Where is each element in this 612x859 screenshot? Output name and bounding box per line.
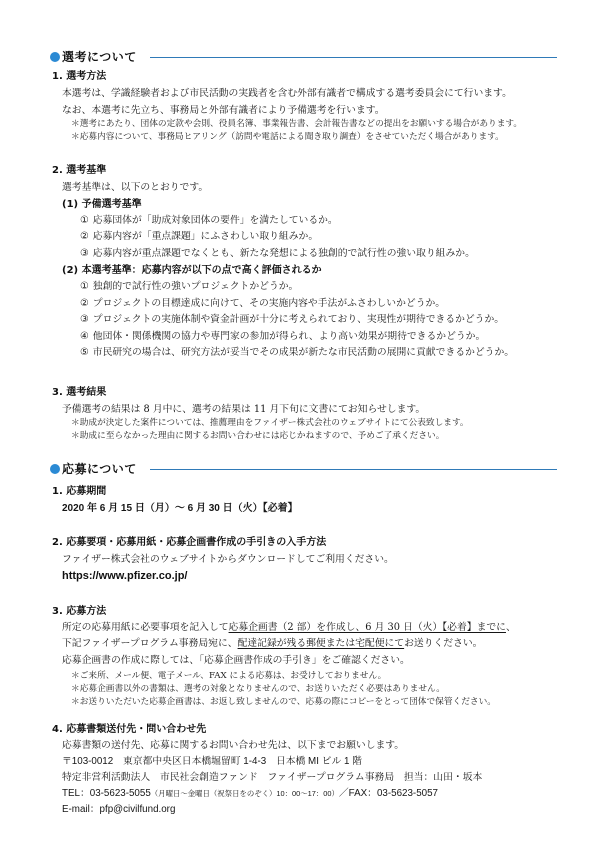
criteria-heading-main: (2) 本選考基準：応募内容が以下の点で高く評価されるか [62,262,612,279]
criteria-item: ①応募団体が「助成対象団体の要件」を満たしているか。 [80,213,612,230]
website-url[interactable]: https://www.pfizer.co.jp/ [62,570,188,582]
section-divider [150,469,557,470]
paragraph: 予備選考の結果は 8 月中に、選考の結果は 11 月下旬に文書にてお知らせします… [62,401,612,418]
text-segment: 下記ファイザープログラム事務局宛に、 [62,638,238,649]
contact-fax: ／FAX：03-5623-5057 [339,788,438,799]
text-segment: 、 [506,622,516,633]
item-number: ⑤ [80,347,89,358]
note: ＊お送りいただいた応募企画書は、お返し致しませんので、応募の際にコピーをとって団… [71,696,612,709]
paragraph: 選考基準は、以下のとおりです。 [62,179,612,196]
contact-tel: TEL：03-5623-5055 [62,788,151,799]
criteria-item: ②プロジェクトの目標達成に向けて、その実施内容や手法がふさわしいかどうか。 [80,296,612,313]
section-divider [150,57,557,58]
bullet-dot-icon [50,464,60,474]
paragraph: 所定の応募用紙に必要事項を記入して応募企画書（2 部）を作成し、6 月 30 日… [62,620,612,637]
underlined-text: 配達記録が残る郵便または宅配便にて [238,638,405,649]
criteria-item: ①独創的で試行性の強いプロジェクトかどうか。 [80,279,612,296]
subsection-heading-criteria: 2. 選考基準 [52,162,612,179]
contact-hours: （月曜日～金曜日（祝祭日をのぞく）10：00～17：00） [151,789,339,798]
item-number: ② [80,298,89,309]
text-segment: 応募企画書の作成に際しては、「応募企画書作成の手引き」をご確認ください。 [62,655,410,666]
item-number: ③ [80,314,89,325]
subsection-heading-application-method: 3. 応募方法 [52,603,612,620]
section-header-application: 応募について [50,461,557,477]
paragraph: ファイザー株式会社のウェブサイトからダウンロードしてご利用ください。 [62,551,612,568]
subsection-heading-materials: 2. 応募要項・応募用紙・応募企画書作成の手引きの入手方法 [52,534,612,551]
criteria-item: ③応募内容が重点課題でなくとも、新たな発想による独創的で試行性の強い取り組みか。 [80,246,612,263]
note: ＊応募企画書以外の書類は、選考の対象となりませんので、お送りいただく必要はありま… [71,683,612,696]
text-segment: 所定の応募用紙に必要事項を記入して [62,622,229,633]
paragraph: なお、本選考に先立ち、事務局と外部有識者により予備選考を行います。 [62,102,612,119]
note: ＊ご来所、メール便、電子メール、FAX による応募は、お受けしておりません。 [71,670,612,683]
underlined-text: 応募企画書（2 部）を作成し、6 月 30 日（火）【必着】までに [229,622,506,633]
contact-phone-fax: TEL：03-5623-5055（月曜日～金曜日（祝祭日をのぞく）10：00～1… [62,786,612,802]
paragraph: 応募企画書の作成に際しては、「応募企画書作成の手引き」をご確認ください。 [62,653,612,670]
note: ＊応募内容について、事務局ヒアリング（訪問や電話による聞き取り調査）をさせていた… [71,131,612,144]
item-text: 応募内容が重点課題でなくとも、新たな発想による独創的で試行性の強い取り組みか。 [93,248,475,259]
item-text: 応募内容が「重点課題」にふさわしい取り組みか。 [93,231,318,242]
item-number: ① [80,281,89,292]
note: ＊選考にあたり、団体の定款や会則、役員名簿、事業報告書、会計報告書などの提出をお… [71,118,612,131]
subsection-heading-results: 3. 選考結果 [52,384,612,401]
item-text: 市民研究の場合は、研究方法が妥当でその成果が新たな市民活動の展開に貢献できるかど… [93,347,514,358]
paragraph: 本選考は、学識経験者および市民活動の実践者を含む外部有識者で構成する選考委員会に… [62,85,612,102]
contact-email[interactable]: E-mail：pfp@civilfund.org [62,802,612,818]
paragraph: 下記ファイザープログラム事務局宛に、配達記録が残る郵便または宅配便にてお送りくだ… [62,636,612,653]
paragraph: 応募書類の送付先、応募に関するお問い合わせ先は、以下までお願いします。 [62,738,612,754]
note: ＊助成に至らなかった理由に関するお問い合わせには応じかねますので、予めご了承くだ… [71,430,612,443]
application-period: 2020 年 6 月 15 日（月）～ 6 月 30 日（火）【必着】 [62,500,612,517]
bullet-dot-icon [50,52,60,62]
text-segment: お送りください。 [404,638,482,649]
item-text: プロジェクトの目標達成に向けて、その実施内容や手法がふさわしいかどうか。 [93,298,445,309]
section-header-selection: 選考について [50,49,557,65]
criteria-item: ②応募内容が「重点課題」にふさわしい取り組みか。 [80,229,612,246]
subsection-heading-contact: 4. 応募書類送付先・問い合わせ先 [52,722,612,738]
subsection-heading-period: 1. 応募期間 [52,483,612,500]
contact-organization: 特定非営利活動法人 市民社会創造ファンド ファイザープログラム事務局 担当：山田… [62,770,612,786]
item-number: ④ [80,331,89,342]
item-text: 応募団体が「助成対象団体の要件」を満たしているか。 [93,215,338,226]
item-text: プロジェクトの実施体制や資金計画が十分に考えられており、実現性が期待できるかどう… [93,314,504,325]
item-number: ② [80,231,89,242]
item-text: 独創的で試行性の強いプロジェクトかどうか。 [93,281,299,292]
contact-address: 〒103-0012 東京都中央区日本橋堀留町 1-4-3 日本橋 MI ビル 1… [62,754,612,770]
criteria-heading-preliminary: (1) 予備選考基準 [62,196,612,213]
document-page: 選考について 1. 選考方法 本選考は、学識経験者および市民活動の実践者を含む外… [0,0,612,859]
note: ＊助成が決定した案件については、推薦理由をファイザー株式会社のウェブサイトにて公… [71,417,612,430]
item-number: ③ [80,248,89,259]
website-link[interactable]: https://www.pfizer.co.jp/ [62,568,612,585]
criteria-item: ④他団体・関係機関の協力や専門家の参加が得られ、より高い効果が期待できるかどうか… [80,329,612,346]
item-number: ① [80,215,89,226]
criteria-item: ③プロジェクトの実施体制や資金計画が十分に考えられており、実現性が期待できるかど… [80,312,612,329]
section-title: 選考について [62,49,137,65]
page-content: 選考について 1. 選考方法 本選考は、学識経験者および市民活動の実践者を含む外… [0,0,612,818]
subsection-heading-selection-method: 1. 選考方法 [52,68,612,85]
section-title: 応募について [62,461,137,477]
item-text: 他団体・関係機関の協力や専門家の参加が得られ、より高い効果が期待できるかどうか。 [93,331,485,342]
criteria-item: ⑤市民研究の場合は、研究方法が妥当でその成果が新たな市民活動の展開に貢献できるか… [80,345,612,362]
